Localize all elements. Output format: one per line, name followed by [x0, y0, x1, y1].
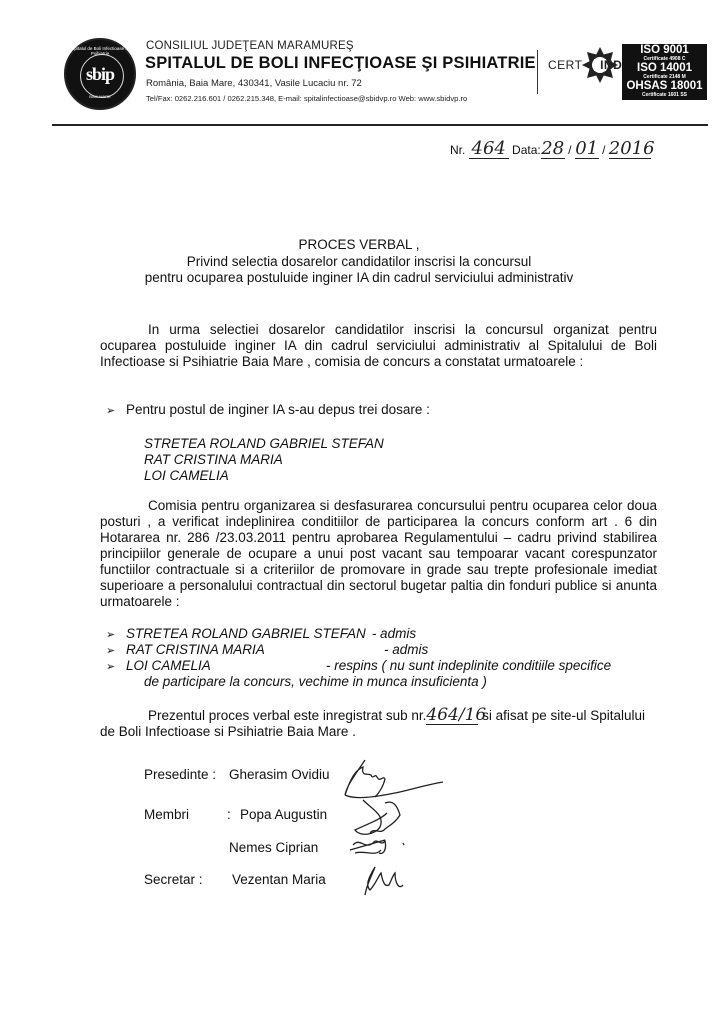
- date-day: 28: [541, 140, 565, 159]
- ohsas-18001-title: OHSAS 18001: [622, 80, 707, 92]
- arrow-bullet-icon: ➢: [106, 628, 126, 641]
- date-year: 2016: [609, 140, 651, 159]
- hospital-address: România, Baia Mare, 430341, Vasile Lucac…: [146, 78, 362, 89]
- closing-line-2: de Boli Infectioase si Psihiatrie Baia M…: [100, 723, 660, 740]
- result-item: ➢RAT CRISTINA MARIA- admis: [106, 642, 428, 657]
- result-name: STRETEA ROLAND GABRIEL STEFAN: [126, 626, 366, 641]
- bullet-intro-text: Pentru postul de inginer IA s-au depus t…: [126, 402, 430, 417]
- result-continuation: de participare la concurs, vechime in mu…: [144, 674, 487, 689]
- members-label: Membri: [144, 807, 189, 822]
- logo-bottom-text: BAIA MARE: [66, 94, 134, 99]
- candidate-item: STRETEA ROLAND GABRIEL STEFAN: [144, 436, 384, 451]
- hospital-name: SPITALUL DE BOLI INFECŢIOASE ŞI PSIHIATR…: [145, 54, 536, 73]
- document-title: PROCES VERBAL ,: [0, 237, 718, 252]
- president-label: Presedinte :: [144, 767, 216, 782]
- header-rule: [52, 124, 708, 126]
- president-name: Gherasim Ovidiu: [229, 767, 330, 782]
- date-label: Data:: [512, 143, 541, 157]
- header-divider: [537, 50, 538, 94]
- certind-logo: CERT IND: [548, 58, 622, 72]
- registration-line: Nr. 464 Data:28 / 01 / 2016: [450, 140, 651, 159]
- intro-paragraph: In urma selectiei dosarelor candidatilor…: [100, 322, 657, 370]
- candidate-item: LOI CAMELIA: [144, 468, 229, 483]
- result-name: LOI CAMELIA: [126, 658, 326, 673]
- hospital-logo: Spitalul de Boli Infectioase si Psihiatr…: [64, 38, 136, 110]
- result-status: - admis: [384, 642, 428, 657]
- intro-text: In urma selectiei dosarelor candidatilor…: [100, 322, 657, 369]
- result-item: ➢STRETEA ROLAND GABRIEL STEFAN- admis: [106, 626, 416, 641]
- commission-text: Comisia pentru organizarea si desfasurar…: [100, 498, 657, 609]
- document-subtitle-2: pentru ocuparea postuluide inginer IA di…: [0, 270, 718, 285]
- document-subtitle-1: Privind selectia dosarelor candidatilor …: [0, 254, 718, 269]
- date-sep-1: /: [568, 143, 571, 157]
- bullet-submissions: ➢Pentru postul de inginer IA s-au depus …: [106, 402, 430, 417]
- closing-text-before: Prezentul proces verbal este inregistrat…: [148, 708, 426, 723]
- secretary-name: Vezentan Maria: [232, 872, 326, 887]
- council-name: CONSILIUL JUDEŢEAN MARAMUREŞ: [146, 40, 354, 52]
- member-name: Nemes Ciprian: [229, 840, 318, 855]
- result-item: ➢LOI CAMELIA- respins ( nu sunt indeplin…: [106, 658, 611, 673]
- nr-value: 464: [469, 140, 509, 159]
- date-month: 01: [575, 140, 599, 159]
- ohsas-18001-cert: Certificate 1601 SS: [622, 92, 707, 98]
- result-name: RAT CRISTINA MARIA: [126, 642, 384, 657]
- closing-text-after: si afisat pe site-ul Spitalului: [482, 708, 645, 723]
- member-name: Popa Augustin: [240, 807, 327, 822]
- handwritten-signatures: [325, 755, 465, 905]
- iso-14001-title: ISO 14001: [622, 62, 707, 74]
- nr-label: Nr.: [450, 143, 465, 157]
- iso-9001-title: ISO 9001: [622, 44, 707, 56]
- arrow-bullet-icon: ➢: [106, 660, 126, 673]
- date-sep-2: /: [602, 143, 605, 157]
- members-colon: :: [227, 807, 231, 822]
- cert-text: CERT: [548, 58, 582, 72]
- arrow-bullet-icon: ➢: [106, 404, 126, 417]
- ind-text: IND: [600, 58, 622, 72]
- secretary-label: Secretar :: [144, 872, 203, 887]
- arrow-bullet-icon: ➢: [106, 644, 126, 657]
- result-status: - respins ( nu sunt indeplinite conditii…: [326, 658, 611, 673]
- commission-paragraph: Comisia pentru organizarea si desfasurar…: [100, 498, 657, 610]
- hospital-contact: Tel/Fax: 0262.216.601 / 0262.215.348, E-…: [146, 94, 467, 103]
- result-status: - admis: [372, 626, 416, 641]
- iso-certifications-badge: ISO 9001 Certificate 4908 C ISO 14001 Ce…: [622, 44, 707, 100]
- candidate-item: RAT CRISTINA MARIA: [144, 452, 283, 467]
- logo-text: sbip: [66, 64, 134, 85]
